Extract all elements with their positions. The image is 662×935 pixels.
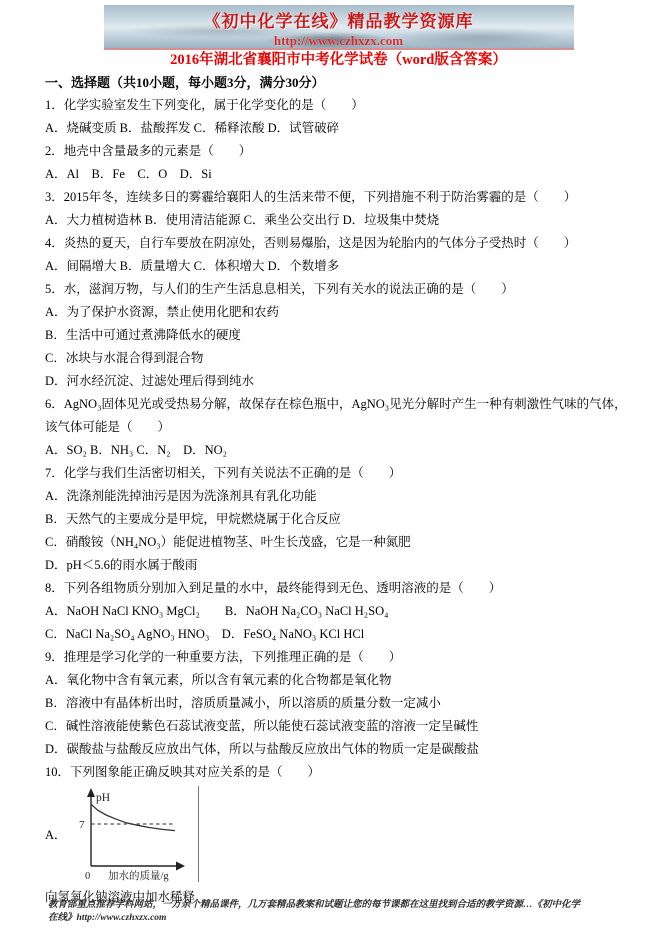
question-block: 9．推理是学习化学的一种重要方法，下列推理正确的是（ ）A．氧化物中含有氧元素，… [45,646,632,761]
banner-title: 《初中化学在线》精品教学资源库 [104,5,574,32]
q10-option-a-label: A． [45,825,75,843]
question-stem: 3．2015年冬，连续多日的雾霾给襄阳人的生活来带不便，下列措施不利于防治雾霾的… [45,186,632,209]
footer-text-line1: 教育部重点推荐学科网站，一万余个精品课件，几万套精品教案和试题让您的每节课都在这… [48,900,580,910]
document-title: 2016年湖北省襄阳市中考化学试卷（word版含答案） [45,50,632,71]
question-stem: 8．下列各组物质分别加入到足量的水中，最终能得到无色、透明溶液的是（ ） [45,577,632,600]
origin-label: 0 [85,871,90,882]
question-block: 10．下列图象能正确反映其对应关系的是（ ） [45,761,632,784]
exam-page: 《初中化学在线》精品教学资源库 http://www.czhxzx.com 20… [0,0,662,908]
ph7-tick-label: 7 [79,819,85,831]
x-axis-label: 加水的质量/g [108,869,169,882]
question-option-line: A．Al B．Fe C．O D．Si [45,163,632,186]
question-stem: 2．地壳中含量最多的元素是（ ） [45,140,632,163]
question-stem: 5．水，滋润万物，与人们的生产生活息息相关，下列有关水的说法正确的是（ ） [45,278,632,301]
y-axis-arrow-icon [87,788,95,797]
question-option-line: D．河水经沉淀、过滤处理后得到纯水 [45,370,632,393]
question-option-line: C．NaCl Na₂SO₄ AgNO₃ HNO₃ D．FeSO₄ NaNO₃ K… [45,623,632,646]
question-option-line: A．SO₂ B．NH₃ C．N₂ D．NO₂ [45,439,632,462]
banner-url-link[interactable]: http://www.czhxzx.com [274,33,403,49]
question-option-line: B．生活中可通过煮沸降低水的硬度 [45,324,632,347]
question-stem: 6．AgNO₃固体见光或受热易分解，故保存在棕色瓶中，AgNO₃见光分解时产生一… [45,393,632,439]
question-stem: 7．化学与我们生活密切相关，下列有关说法不正确的是（ ） [45,462,632,485]
y-axis-label: pH [96,792,110,804]
question-option-line: A．氧化物中含有氧元素，所以含有氧元素的化合物都是氧化物 [45,669,632,692]
site-banner: 《初中化学在线》精品教学资源库 http://www.czhxzx.com [104,5,574,50]
section-title: 一、选择题（共10小题，每小题3分，满分30分） [45,71,632,94]
question-option-line: A．烧碱变质 B．盐酸挥发 C．稀释浓酸 D．试管破碎 [45,117,632,140]
questions-list: 1．化学实验室发生下列变化，属于化学变化的是（ ）A．烧碱变质 B．盐酸挥发 C… [45,94,632,784]
question-option-line: A．洗涤剂能洗掉油污是因为洗涤剂具有乳化功能 [45,485,632,508]
question-stem: 10．下列图象能正确反映其对应关系的是（ ） [45,761,632,784]
question-option-line: B．天然气的主要成分是甲烷，甲烷燃烧属于化合反应 [45,508,632,531]
ph-curve [91,804,175,830]
ph-dilution-graph: pH 7 0 加水的质量/g [75,786,199,882]
footer-text-line2: 在线》 [48,913,77,923]
question-stem: 4．炎热的夏天，自行车要放在阴凉处，否则易爆胎，这是因为轮胎内的气体分子受热时（… [45,232,632,255]
question-option-line: C．冰块与水混合得到混合物 [45,347,632,370]
question-option-line: A．为了保护水资源，禁止使用化肥和农药 [45,301,632,324]
question-block: 8．下列各组物质分别加入到足量的水中，最终能得到无色、透明溶液的是（ ）A．Na… [45,577,632,646]
question-option-line: D．碳酸盐与盐酸反应放出气体，所以与盐酸反应放出气体的物质一定是碳酸盐 [45,738,632,761]
question-option-line: D．pH＜5.6的雨水属于酸雨 [45,554,632,577]
question-option-line: C．硝酸铵（NH₄NO₃）能促进植物茎、叶生长茂盛，它是一种氮肥 [45,531,632,554]
question-block: 7．化学与我们生活密切相关，下列有关说法不正确的是（ ）A．洗涤剂能洗掉油污是因… [45,462,632,577]
question-block: 2．地壳中含量最多的元素是（ ）A．Al B．Fe C．O D．Si [45,140,632,186]
q10-option-a: A． pH 7 0 加水的质量/g [45,786,632,882]
question-block: 3．2015年冬，连续多日的雾霾给襄阳人的生活来带不便，下列措施不利于防治雾霾的… [45,186,632,232]
x-axis-arrow-icon [176,862,185,871]
question-option-line: A．大力植树造林 B．使用清洁能源 C．乘坐公交出行 D．垃圾集中焚烧 [45,209,632,232]
question-block: 4．炎热的夏天，自行车要放在阴凉处，否则易爆胎，这是因为轮胎内的气体分子受热时（… [45,232,632,278]
footer-promo: 教育部重点推荐学科网站，一万余个精品课件，几万套精品教案和试题让您的每节课都在这… [48,899,634,924]
question-block: 5．水，滋润万物，与人们的生产生活息息相关，下列有关水的说法正确的是（ ）A．为… [45,278,632,393]
question-block: 6．AgNO₃固体见光或受热易分解，故保存在棕色瓶中，AgNO₃见光分解时产生一… [45,393,632,462]
question-block: 1．化学实验室发生下列变化，属于化学变化的是（ ）A．烧碱变质 B．盐酸挥发 C… [45,94,632,140]
footer-url-link[interactable]: http://www.czhxzx.com [77,913,167,923]
question-stem: 9．推理是学习化学的一种重要方法，下列推理正确的是（ ） [45,646,632,669]
question-stem: 1．化学实验室发生下列变化，属于化学变化的是（ ） [45,94,632,117]
question-option-line: A．NaOH NaCl KNO₃ MgCl₂ B．NaOH Na₂CO₃ NaC… [45,600,632,623]
question-option-line: B．溶液中有晶体析出时，溶质质量减小，所以溶质的质量分数一定减小 [45,692,632,715]
graph-svg: pH 7 0 加水的质量/g [75,786,193,882]
question-option-line: C．碱性溶液能使紫色石蕊试液变蓝，所以能使石蕊试液变蓝的溶液一定呈碱性 [45,715,632,738]
question-option-line: A．间隔增大 B．质量增大 C．体积增大 D．个数增多 [45,255,632,278]
